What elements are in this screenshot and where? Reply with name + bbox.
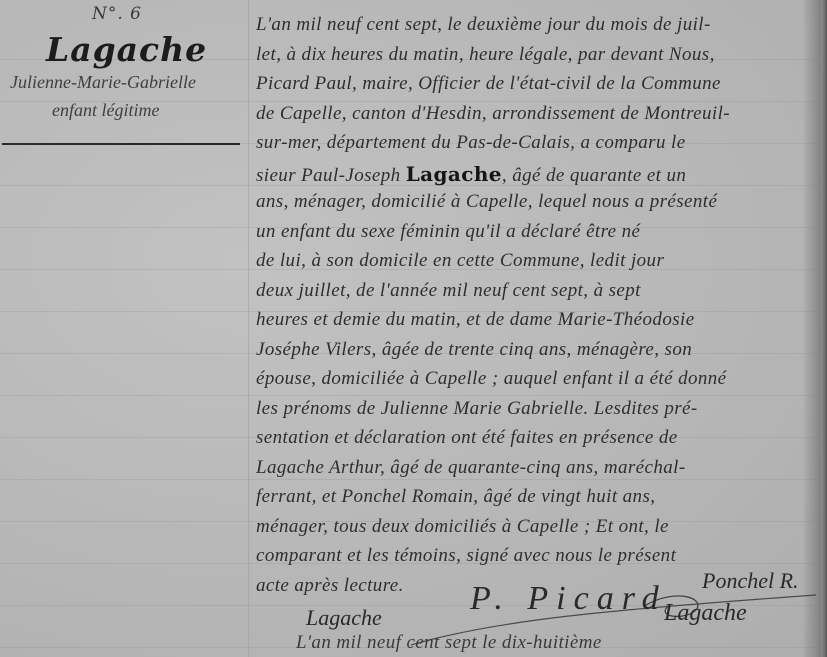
margin-divider	[248, 0, 249, 657]
signature-witness-right: Ponchel R.	[702, 568, 799, 594]
margin-underline-rule	[2, 143, 240, 145]
binding-edge	[821, 0, 827, 657]
next-act-start: L'an mil neuf cent sept le dix-huitième	[296, 632, 827, 654]
signature-mayor: P. Picard	[470, 580, 667, 618]
act-body: L'an mil neuf cent sept, le deuxième jou…	[256, 0, 821, 657]
margin-column: N°. 6 Lagache Julienne-Marie-Gabrielle e…	[0, 0, 248, 657]
register-page: N°. 6 Lagache Julienne-Marie-Gabrielle e…	[0, 0, 827, 657]
act-number: N°. 6	[92, 4, 142, 24]
margin-legitimacy-status: enfant légitime	[52, 100, 159, 121]
margin-given-names: Julienne-Marie-Gabrielle	[10, 72, 196, 93]
signature-witness-left: Lagache	[306, 605, 382, 631]
signature-father: Lagache	[664, 600, 747, 627]
margin-surname: Lagache	[46, 30, 207, 69]
signature-block: Lagache P. Picard Ponchel R. Lagache L'a…	[256, 0, 821, 657]
